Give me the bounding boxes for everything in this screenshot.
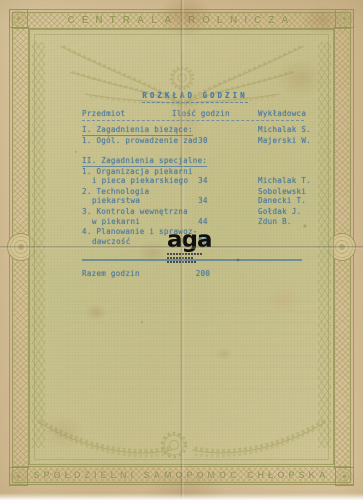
row-lecturer: Gołdak J. — [258, 207, 301, 216]
row-lecturer: Majerski W. — [258, 136, 311, 145]
table-row: I. Zagadnienia bieżące: Michalak S. — [82, 125, 308, 135]
row-lecturer: Danecki T. — [258, 196, 306, 205]
row-hours: 30 — [186, 136, 220, 145]
row-subject: w piekarni — [92, 217, 140, 226]
row-lecturer: Michalak S. — [258, 125, 311, 134]
table-row: w piekarni 44 Zdun B. — [82, 217, 308, 227]
horizontal-fold-crease — [0, 246, 363, 249]
header-divider — [82, 120, 304, 121]
row-hours: 44 — [186, 217, 220, 226]
row-subject: piekarstwa — [92, 196, 140, 205]
corner-rosette-bottom-left — [9, 467, 28, 486]
row-lecturer: Zdun B. — [258, 217, 292, 226]
total-row: Razem godzin 200 — [82, 269, 308, 279]
table-row: 3. Kontrola wewnętrzna Gołdak J. — [82, 207, 308, 217]
watermark-fineprint — [167, 253, 203, 263]
table-row: i pieca piekarskiego 34 Michalak T. — [82, 176, 308, 186]
scan-edge-bottom — [0, 493, 363, 500]
header-lecturer: Wykładowca — [258, 109, 306, 118]
total-label: Razem godzin — [82, 269, 140, 278]
row-hours: 34 — [186, 176, 220, 185]
row-subject: 2. Technologia — [82, 187, 149, 196]
watermark-fineprint-line — [167, 253, 203, 255]
table-row: piekarstwa 34 Danecki T. — [82, 196, 308, 206]
row-subject: dawczość — [92, 237, 131, 246]
corner-rosette-bottom-right — [335, 467, 354, 486]
row-hours: 34 — [186, 196, 220, 205]
header-subject: Przedmiot — [82, 109, 125, 118]
scanned-certificate: CENTRALA ROLNICZA SPÓŁDZIELNI SAMOPOMOC … — [0, 0, 363, 500]
vertical-fold-crease — [180, 0, 184, 500]
table-title-row: ROZKŁAD GODZIN — [82, 91, 308, 101]
row-subject: II. Zagadnienia specjalne: — [82, 156, 207, 167]
row-subject: 1. Organizacja piekarni — [82, 167, 193, 176]
table-row: II. Zagadnienia specjalne: — [82, 156, 308, 166]
row-lecturer: Michalak T. — [258, 176, 311, 185]
corner-rosette-top-right — [335, 9, 354, 28]
row-subject: i pieca piekarskiego — [92, 176, 188, 185]
table-row: 1. Ogól. prowadzenie zad 30 Majerski W. — [82, 136, 308, 146]
row-subject: 3. Kontrola wewnętrzna — [82, 207, 188, 216]
row-subject: I. Zagadnienia bieżące: — [82, 125, 193, 136]
total-value: 200 — [186, 269, 220, 278]
table-title: ROZKŁAD GODZIN — [142, 91, 247, 103]
table-header-row: Przedmiot Ilość godzin Wykładowca — [82, 109, 308, 119]
row-lecturer: Sobolewski — [258, 187, 306, 196]
corner-rosette-top-left — [9, 9, 28, 28]
